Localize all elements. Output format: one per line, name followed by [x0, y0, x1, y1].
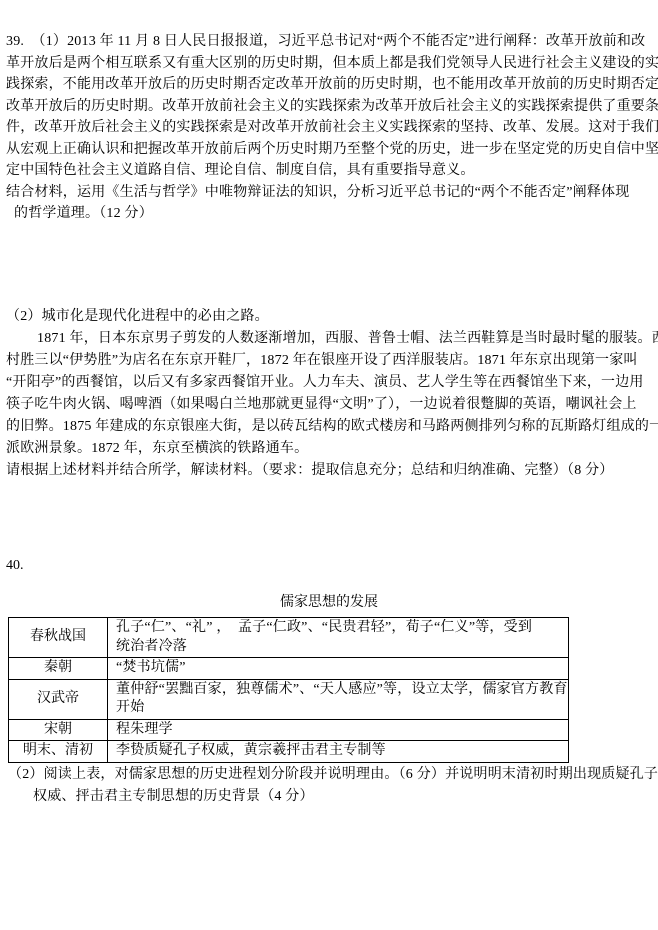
question-39-paragraph-line: 革开放后是两个相互联系又有重大区别的历史时期，但本质上都是我们党领导人民进行社会… — [6, 53, 654, 75]
exam-document-page: 39. （1）2013 年 11 月 8 日人民日报报道，习近平总书记对“两个不… — [0, 0, 658, 930]
question-39-paragraph-line: 件，改革开放后社会主义的实践探索是对改革开放前社会主义实践探索的坚持、改革、发展… — [6, 117, 654, 139]
urbanization-material-line: 筷子吃牛肉火锅、喝啤酒（如果喝白兰地那就更显得“文明”了），一边说着很蹩脚的英语… — [6, 394, 654, 416]
table-row: 明末、清初 李贽质疑孔子权威，黄宗羲抨击君主专制等 — [9, 741, 569, 763]
period-cell: 明末、清初 — [9, 741, 108, 763]
description-line: 程朱理学 — [116, 721, 562, 740]
urbanization-intro-line: （2）城市化是现代化进程中的必由之路。 — [6, 306, 654, 328]
question-40-part2-section: （2）阅读上表，对儒家思想的历史进程划分阶段并说明理由。（6 分）并说明明末清初… — [8, 764, 656, 808]
description-cell: 李贽质疑孔子权威，黄宗羲抨击君主专制等 — [108, 741, 569, 763]
question-39-paragraph-line: 改革开放后的历史时期。改革开放前社会主义的实践探索为改革开放后社会主义的实践探索… — [6, 96, 654, 118]
question-39-task-line: 的哲学道理。（12 分） — [6, 203, 654, 225]
description-cell: 孔子“仁”、“礼” ， 孟子“仁政”、“民贵君轻”，荀子“仁义”等，受到 统治者… — [108, 618, 569, 658]
description-cell: “焚书坑儒” — [108, 658, 569, 680]
urbanization-section: （2）城市化是现代化进程中的必由之路。 1871 年，日本东京男子剪发的人数逐渐… — [6, 306, 654, 482]
urbanization-material-line: 派欧洲景象。1872 年，东京至横滨的铁路通车。 — [6, 438, 654, 460]
urbanization-request-line: 请根据上述材料并结合所学，解读材料。（要求：提取信息充分；总结和归纳准确、完整）… — [6, 460, 654, 482]
table-row: 宋朝 程朱理学 — [9, 719, 569, 741]
question-40-part2-line: 权威、抨击君主专制思想的历史背景（4 分） — [8, 786, 656, 808]
description-line: “焚书坑儒” — [116, 659, 562, 678]
description-line: 统治者冷落 — [116, 638, 562, 657]
urbanization-material-line: 1871 年，日本东京男子剪发的人数逐渐增加，西服、普鲁士帽、法兰西鞋算是当时最… — [6, 328, 654, 350]
question-40-part2-line: （2）阅读上表，对儒家思想的历史进程划分阶段并说明理由。（6 分）并说明明末清初… — [8, 764, 656, 786]
question-39-paragraph-line: 39. （1）2013 年 11 月 8 日人民日报报道，习近平总书记对“两个不… — [6, 31, 654, 53]
period-cell: 汉武帝 — [9, 679, 108, 719]
urbanization-material-line: “开阳亭”的西餐馆，以后又有多家西餐馆开业。人力车夫、演员、艺人学生等在西餐馆坐… — [6, 372, 654, 394]
description-line: 开始 — [116, 699, 562, 718]
period-cell: 秦朝 — [9, 658, 108, 680]
question-39-paragraph-line: 践探索，不能用改革开放后的历史时期否定改革开放前的历史时期，也不能用改革开放前的… — [6, 74, 654, 96]
table-row: 汉武帝 董仲舒“罢黜百家，独尊儒术”、“天人感应”等，设立太学，儒家官方教育 开… — [9, 679, 569, 719]
confucian-development-table: 春秋战国 孔子“仁”、“礼” ， 孟子“仁政”、“民贵君轻”，荀子“仁义”等，受… — [8, 617, 569, 763]
description-line: 孔子“仁”、“礼” ， 孟子“仁政”、“民贵君轻”，荀子“仁义”等，受到 — [116, 619, 562, 638]
question-40-number: 40. — [6, 556, 654, 576]
description-cell: 程朱理学 — [108, 719, 569, 741]
confucian-table-title: 儒家思想的发展 — [0, 593, 658, 613]
table-row: 春秋战国 孔子“仁”、“礼” ， 孟子“仁政”、“民贵君轻”，荀子“仁义”等，受… — [9, 618, 569, 658]
question-39-paragraph-line: 从宏观上正确认识和把握改革开放前后两个历史时期乃至整个党的历史，进一步在坚定党的… — [6, 139, 654, 161]
question-39-task-line: 结合材料，运用《生活与哲学》中唯物辩证法的知识，分析习近平总书记的“两个不能否定… — [6, 182, 654, 204]
period-cell: 宋朝 — [9, 719, 108, 741]
urbanization-material-line: 村胜三以“伊势胜”为店名在东京开鞋厂，1872 年在银座开设了西洋服装店。187… — [6, 350, 654, 372]
period-cell: 春秋战国 — [9, 618, 108, 658]
description-line: 董仲舒“罢黜百家，独尊儒术”、“天人感应”等，设立太学，儒家官方教育 — [116, 681, 562, 700]
question-39-paragraph-line: 定中国特色社会主义道路自信、理论自信、制度自信，具有重要指导意义。 — [6, 160, 654, 182]
description-cell: 董仲舒“罢黜百家，独尊儒术”、“天人感应”等，设立太学，儒家官方教育 开始 — [108, 679, 569, 719]
description-line: 李贽质疑孔子权威，黄宗羲抨击君主专制等 — [116, 742, 562, 761]
table-row: 秦朝 “焚书坑儒” — [9, 658, 569, 680]
urbanization-material-line: 的旧弊。1875 年建成的东京银座大街，是以砖瓦结构的欧式楼房和马路两侧排列匀称… — [6, 416, 654, 438]
question-39-section: 39. （1）2013 年 11 月 8 日人民日报报道，习近平总书记对“两个不… — [6, 31, 654, 225]
